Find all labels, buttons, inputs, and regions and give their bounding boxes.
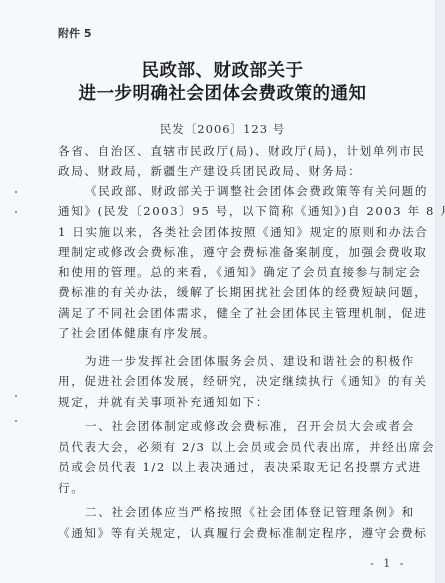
body-line: 理制定或修改会费标准，遵守会费标准备案制度，加强会费收取 — [58, 244, 393, 260]
body-line: 二、社会团体应当严格按照《社会团体登记管理条例》和 — [85, 504, 393, 520]
body-line: 规定，并就有关事项补充通知如下： — [58, 394, 393, 410]
body-line: 《通知》等有关规定，认真履行会费标准制定程序，遵守会费标 — [58, 525, 393, 541]
body-line: 费标准的有关办法，缓解了长期困扰社会团体的经费短缺问题， — [58, 284, 393, 300]
document-page: 附件 5 民政部、财政部关于 进一步明确社会团体会费政策的通知 民发〔2006〕… — [0, 0, 445, 583]
scan-speck — [15, 395, 17, 397]
page-number: - 1 - — [370, 557, 406, 570]
body-line: 为进一步发挥社会团体服务会员、建设和谐社会的积极作 — [85, 353, 393, 369]
title-line-1: 民政部、财政部关于 — [0, 57, 445, 82]
body-line: 各省、自治区、直辖市民政厅(局)、财政厅(局)，计划单列市民 — [58, 143, 393, 159]
document-number: 民发〔2006〕123 号 — [0, 121, 445, 137]
body-line: 《民政部、财政部关于调整社会团体会费政策等有关问题的 — [85, 183, 393, 199]
body-line: 满足了不同社会团体需求，健全了社会团体民主管理机制，促进 — [58, 305, 393, 321]
body-line: 一、社会团体制定或修改会费标准，召开会员大会或者会 — [85, 418, 393, 434]
body-line: 了社会团体健康有序发展。 — [58, 325, 393, 341]
scan-speck — [15, 191, 17, 193]
body-line: 政局、财政局，新疆生产建设兵团民政局、财务局： — [58, 163, 393, 179]
body-line: 用，促进社会团体发展，经研究，决定继续执行《通知》的有关 — [58, 373, 393, 389]
body-line: 员代表大会，必须有 2/3 以上会员或会员代表出席，并经出席会 — [58, 439, 393, 455]
scan-speck — [15, 211, 17, 213]
scan-speck — [15, 420, 17, 422]
body-line: 行。 — [58, 480, 393, 496]
attachment-label: 附件 5 — [58, 25, 91, 41]
body-line: 员或会员代表 1/2 以上表决通过，表决采取无记名投票方式进 — [58, 459, 393, 475]
title-line-2: 进一步明确社会团体会费政策的通知 — [0, 80, 445, 105]
body-line: 通知》(民发〔2003〕95 号，以下简称《通知》)自 2003 年 8 月 — [58, 203, 393, 219]
body-line: 1 日实施以来，各类社会团体按照《通知》规定的原则和办法合 — [58, 224, 393, 240]
body-line: 和使用的管理。总的来看，《通知》确定了会员直接参与制定会 — [58, 264, 393, 280]
